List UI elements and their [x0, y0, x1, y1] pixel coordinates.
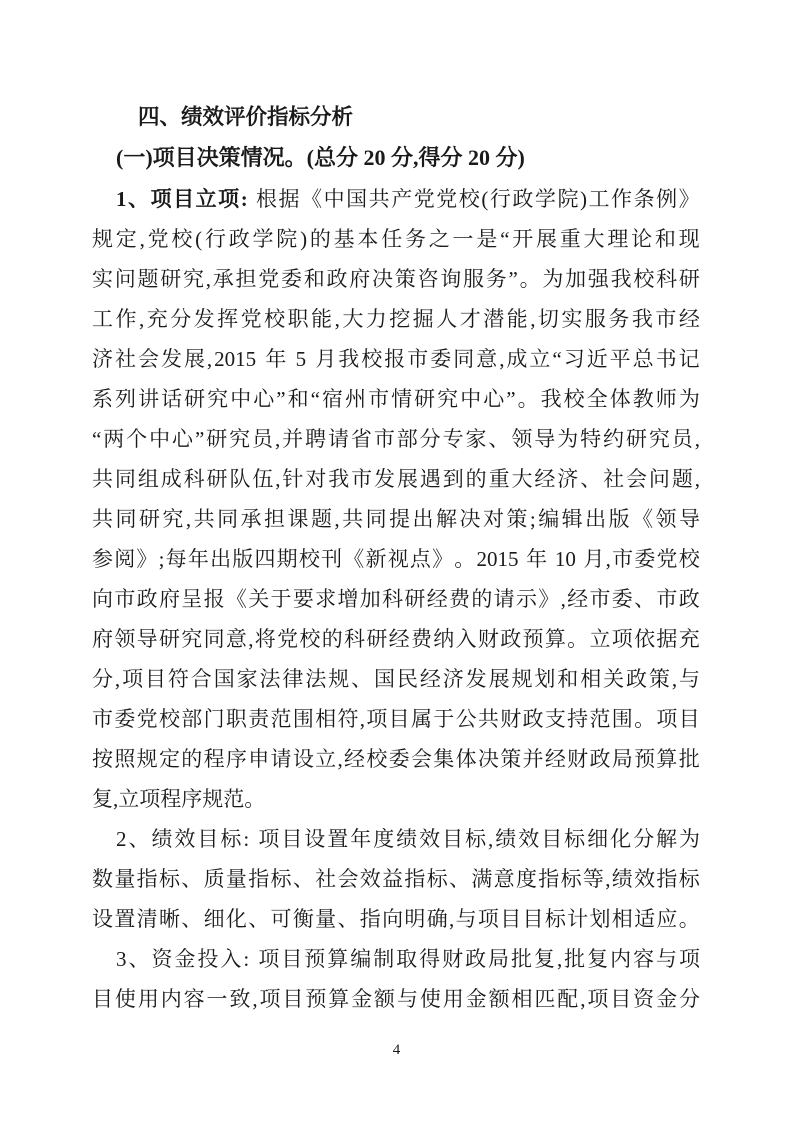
text-line: 分,项目符合国家法律法规、国民经济发展规划和相关政策,与 — [92, 659, 700, 699]
text-line: 工作,充分发挥党校职能,大力挖掘人才潜能,切实服务我市经 — [92, 299, 700, 339]
document-body: 1、项目立项: 根据《中国共产党党校(行政学院)工作条例》规定,党校(行政学院)… — [92, 179, 700, 1019]
text-line: 实问题研究,承担党委和政府决策咨询服务”。为加强我校科研 — [92, 259, 700, 299]
text-line: 市委党校部门职责范围相符,项目属于公共财政支持范围。项目 — [92, 699, 700, 739]
text-line: “两个中心”研究员,并聘请省市部分专家、领导为特约研究员, — [92, 419, 700, 459]
subsection-heading: (一)项目决策情况。(总分 20 分,得分 20 分) — [92, 137, 700, 179]
text-line: 系列讲话研究中心”和“宿州市情研究中心”。我校全体教师为 — [92, 379, 700, 419]
document-content: 四、绩效评价指标分析 (一)项目决策情况。(总分 20 分,得分 20 分) 1… — [92, 97, 700, 1019]
text-line: 按照规定的程序申请设立,经校委会集体决策并经财政局预算批 — [92, 739, 700, 779]
text-line: 3、资金投入: 项目预算编制取得财政局批复,批复内容与项 — [92, 939, 700, 979]
section-heading: 四、绩效评价指标分析 — [92, 97, 700, 137]
text-line: 共同组成科研队伍,针对我市发展遇到的重大经济、社会问题, — [92, 459, 700, 499]
text-line: 1、项目立项: 根据《中国共产党党校(行政学院)工作条例》 — [92, 179, 700, 219]
text-line: 参阅》;每年出版四期校刊《新视点》。2015 年 10 月,市委党校 — [92, 539, 700, 579]
text-line: 目使用内容一致,项目预算金额与使用金额相匹配,项目资金分 — [92, 979, 700, 1019]
text-line: 2、绩效目标: 项目设置年度绩效目标,绩效目标细化分解为 — [92, 819, 700, 859]
text-line: 向市政府呈报《关于要求增加科研经费的请示》,经市委、市政 — [92, 579, 700, 619]
text-line: 府领导研究同意,将党校的科研经费纳入财政预算。立项依据充 — [92, 619, 700, 659]
text-line: 复,立项程序规范。 — [92, 779, 700, 819]
text-line: 规定,党校(行政学院)的基本任务之一是“开展重大理论和现 — [92, 219, 700, 259]
text-line: 数量指标、质量指标、社会效益指标、满意度指标等,绩效指标 — [92, 859, 700, 899]
text-line: 济社会发展,2015 年 5 月我校报市委同意,成立“习近平总书记 — [92, 339, 700, 379]
page-number: 4 — [0, 1036, 793, 1064]
text-line: 设置清晰、细化、可衡量、指向明确,与项目目标计划相适应。 — [92, 899, 700, 939]
text-line: 共同研究,共同承担课题,共同提出解决对策;编辑出版《领导 — [92, 499, 700, 539]
document-page: 四、绩效评价指标分析 (一)项目决策情况。(总分 20 分,得分 20 分) 1… — [0, 0, 793, 1122]
